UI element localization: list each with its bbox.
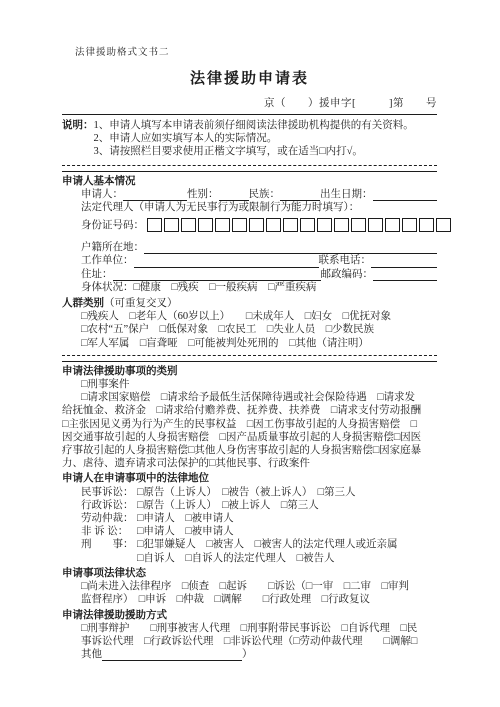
- basic-info-heading: 申请人基本情况: [62, 175, 437, 188]
- section-separator-dashed: [62, 165, 437, 166]
- instructions-label: 说明：: [62, 119, 94, 159]
- id-digit-box[interactable]: [436, 218, 451, 232]
- form-content: 法律援助格式文书二 法律援助申请表 京（ ）援申字[ ]第 号 说明： 1、申请…: [62, 44, 437, 661]
- case-status-options-line[interactable]: □尚未进入法律程序 □侦查 □起诉 □诉讼（□一审 □二审 □审判: [62, 580, 437, 593]
- legal-position-row-label: 刑 事：: [81, 538, 137, 551]
- legal-position-row-label: 劳动仲裁：: [81, 512, 137, 525]
- employer-row: 工作单位： 联系电话：: [62, 254, 437, 267]
- page-title: 法律援助申请表: [62, 67, 437, 88]
- employer-field[interactable]: [134, 256, 319, 268]
- birthdate-label: 出生日期：: [320, 188, 373, 201]
- doc-series-label: 法律援助格式文书二: [75, 44, 437, 58]
- instructions-items: 1、申请人填写本申请表前须仔细阅读法律援助机构提供的有关资料。 2、申请人应如实…: [94, 119, 414, 159]
- matter-category-options-line[interactable]: 给抚恤金、救济金 □请求给付赡养费、抚养费、扶养费 □请求支付劳动报酬: [62, 404, 437, 417]
- id-digit-box[interactable]: [317, 218, 332, 232]
- id-number-label: 身份证号码：: [81, 219, 144, 232]
- id-digit-box[interactable]: [402, 218, 417, 232]
- legal-position-options[interactable]: □自诉人 □自诉人的法定代理人 □被告人: [137, 553, 335, 564]
- matter-category-options-line[interactable]: 疗事故引起的人身损害赔偿□其他人身伤害事故引起的人身损害赔偿□因家庭暴: [62, 444, 437, 457]
- section-separator-dashed: [62, 355, 437, 356]
- id-digit-box[interactable]: [147, 218, 162, 232]
- legal-position-row: □自诉人 □自诉人的法定代理人 □被告人: [62, 552, 437, 565]
- matter-category-options-line[interactable]: 因交通事故引起的人身损害赔偿 □因产品质量事故引起的人身损害赔偿□因医: [62, 431, 437, 444]
- gender-label: 性别：: [187, 188, 219, 201]
- address-field[interactable]: [113, 269, 321, 281]
- postcode-label: 邮政编码：: [321, 268, 374, 281]
- id-digit-box[interactable]: [232, 218, 247, 232]
- applicant-field[interactable]: [123, 189, 187, 201]
- residence-label: 户籍所在地：: [81, 241, 144, 254]
- health-options-line[interactable]: 身体状况：□健康 □残疾 □一般疾病 □严重疾病: [62, 281, 437, 294]
- instruction-item: 2、申请人应如实填写本人的实际情况。: [94, 132, 414, 145]
- legal-position-row: 劳动仲裁：□申请人 □被申请人: [62, 512, 437, 525]
- ethnicity-field[interactable]: [280, 189, 320, 201]
- instruction-item: 3、请按照栏目要求使用正楷文字填写，或在适当□内打√。: [94, 145, 414, 158]
- gender-field[interactable]: [219, 189, 249, 201]
- birthdate-field[interactable]: [373, 189, 438, 201]
- case-status-options-line[interactable]: 监督程序） □申诉 □仲裁 □调解 □行政处理 □行政复议: [62, 593, 437, 606]
- id-number-row: 身份证号码：: [62, 218, 437, 232]
- id-digit-box[interactable]: [419, 218, 434, 232]
- matter-criminal-option-line[interactable]: □刑事案件: [62, 378, 437, 391]
- id-digit-box[interactable]: [266, 218, 281, 232]
- legal-position-row-label: 非 诉 讼：: [81, 525, 137, 538]
- legal-position-options[interactable]: □申请人 □被申请人: [137, 513, 234, 524]
- applicant-row: 申请人： 性别： 民族： 出生日期：: [62, 188, 437, 201]
- id-number-boxes[interactable]: [147, 218, 451, 232]
- doc-number-line: 京（ ）援申字[ ]第 号: [62, 95, 437, 110]
- ethnicity-label: 民族：: [249, 188, 281, 201]
- legal-position-options[interactable]: □申请人 □被申请人: [137, 526, 234, 537]
- legal-position-row: 行政诉讼：□原告（上诉人） □被上诉人 □第三人: [62, 499, 437, 512]
- residence-field[interactable]: [144, 242, 437, 254]
- id-digit-box[interactable]: [334, 218, 349, 232]
- legal-position-row: 非 诉 讼：□申请人 □被申请人: [62, 525, 437, 538]
- id-digit-box[interactable]: [249, 218, 264, 232]
- phone-field[interactable]: [371, 256, 437, 268]
- id-digit-box[interactable]: [351, 218, 366, 232]
- id-digit-box[interactable]: [215, 218, 230, 232]
- section-separator-solid: [62, 171, 437, 172]
- legal-position-options[interactable]: □原告（上诉人） □被上诉人 □第三人: [137, 500, 319, 511]
- matter-category-options-line[interactable]: 力、虐待、遗弃请求司法保护的□其他民事、行政案件: [62, 457, 437, 470]
- instructions-block: 说明： 1、申请人填写本申请表前须仔细阅读法律援助机构提供的有关资料。 2、申请…: [62, 119, 437, 159]
- legal-position-heading: 申请人在申请事项中的法律地位: [62, 472, 437, 485]
- address-label: 住址：: [81, 268, 113, 281]
- header-rule: [62, 114, 437, 115]
- matter-category-options-line[interactable]: □请求国家赔偿 □请求给予最低生活保障待遇或社会保险待遇 □请求发: [62, 391, 437, 404]
- id-digit-box[interactable]: [198, 218, 213, 232]
- applicant-label: 申请人：: [81, 188, 123, 201]
- person-category-options-line[interactable]: □农村“五”保户 □低保对象 □农民工 □失业人员 □少数民族: [62, 323, 437, 336]
- residence-row: 户籍所在地：: [62, 241, 437, 254]
- legal-position-row: 刑 事：□犯罪嫌疑人 □被害人 □被害人的法定代理人或近亲属: [62, 538, 437, 551]
- aid-method-heading: 申请法律援助援助方式: [62, 609, 437, 622]
- id-digit-box[interactable]: [385, 218, 400, 232]
- form-page: 法律援助格式文书二 法律援助申请表 京（ ）援申字[ ]第 号 说明： 1、申请…: [0, 0, 500, 707]
- case-status-heading: 申请事项法律状态: [62, 567, 437, 580]
- person-category-options-line[interactable]: □军人军属 □盲聋哑 □可能被判处死刑的 □其他（请注明）: [62, 337, 437, 350]
- legal-agent-label: 法定代理人（申请人为无民事行为或限制行为能力时填写）：: [62, 201, 437, 214]
- aid-method-other-label: 其他: [81, 648, 102, 661]
- legal-position-options[interactable]: □原告（上诉人） □被告（被上诉人） □第三人: [137, 487, 356, 498]
- id-digit-box[interactable]: [368, 218, 383, 232]
- aid-method-other-row: 其他 ）: [62, 648, 437, 661]
- aid-method-options-line[interactable]: 事诉讼代理 □行政诉讼代理 □非诉讼代理（□劳动仲裁代理 □调解□: [62, 635, 437, 648]
- postcode-field[interactable]: [373, 269, 437, 281]
- person-category-heading-note: （可重复交叉）: [104, 298, 178, 309]
- aid-method-options-line[interactable]: □刑事辩护 □刑事被害人代理 □刑事附带民事诉讼 □自诉代理 □民: [62, 622, 437, 635]
- legal-position-row-label: 行政诉讼：: [81, 499, 137, 512]
- employer-label: 工作单位：: [81, 254, 134, 267]
- person-category-heading-text: 人群类别: [62, 298, 104, 309]
- instruction-item: 1、申请人填写本申请表前须仔细阅读法律援助机构提供的有关资料。: [94, 119, 414, 132]
- legal-position-row: 民事诉讼：□原告（上诉人） □被告（被上诉人） □第三人: [62, 486, 437, 499]
- phone-label: 联系电话：: [319, 254, 372, 267]
- id-digit-box[interactable]: [300, 218, 315, 232]
- aid-method-other-close: ）: [242, 648, 253, 661]
- person-category-heading: 人群类别（可重复交叉）: [62, 297, 437, 310]
- id-digit-box[interactable]: [164, 218, 179, 232]
- matter-category-options-line[interactable]: □主张因见义勇为行为产生的民事权益 □因工伤事故引起的人身损害赔偿 □: [62, 418, 437, 431]
- address-row: 住址： 邮政编码：: [62, 268, 437, 281]
- id-digit-box[interactable]: [283, 218, 298, 232]
- id-digit-box[interactable]: [181, 218, 196, 232]
- section-separator-solid: [62, 361, 437, 362]
- matter-category-heading: 申请法律援助事项的类别: [62, 365, 437, 378]
- legal-position-options[interactable]: □犯罪嫌疑人 □被害人 □被害人的法定代理人或近亲属: [137, 539, 398, 550]
- legal-position-row-label: 民事诉讼：: [81, 486, 137, 499]
- aid-method-other-field[interactable]: [102, 649, 242, 661]
- person-category-options-line[interactable]: □残疾人 □老年人（60岁以上） □未成年人 □妇女 □优抚对象: [62, 310, 437, 323]
